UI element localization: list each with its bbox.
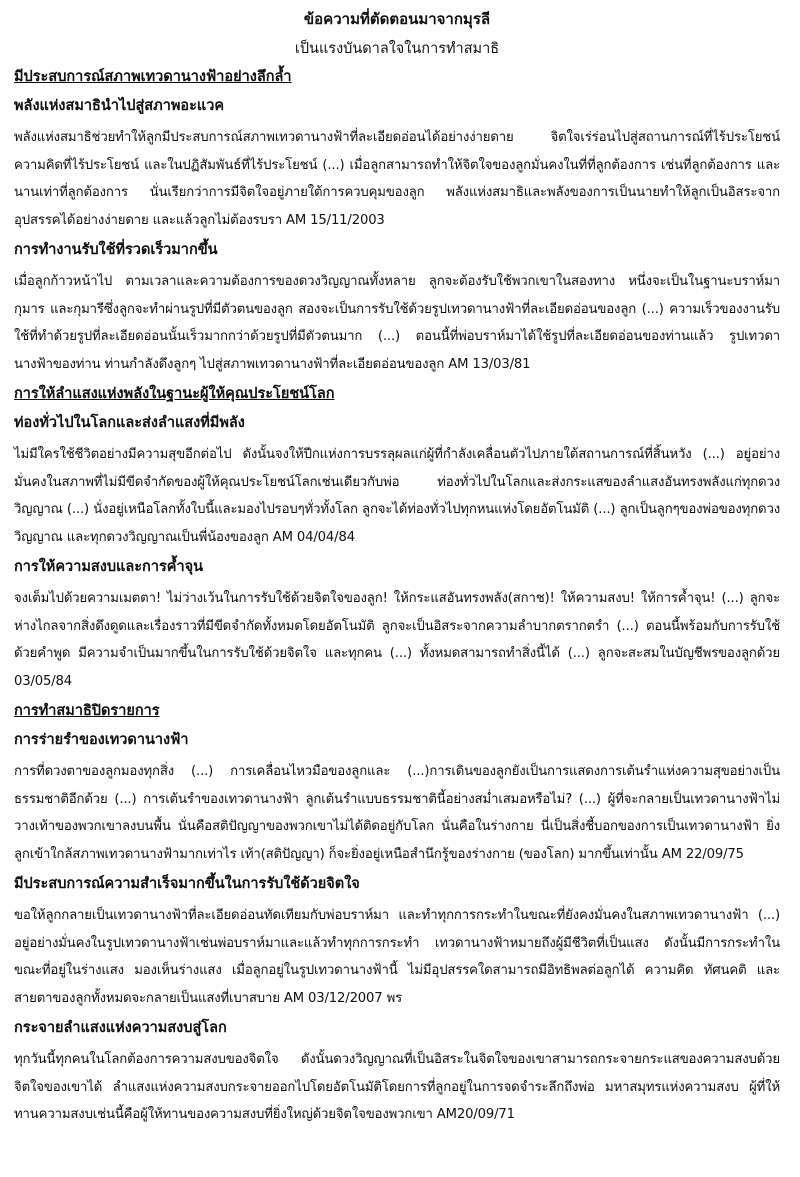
section-heading: การทำสมาธิปิดรายการ xyxy=(14,700,780,722)
document-title: ข้อความที่ตัดตอนมาจากมุรลี xyxy=(14,8,780,30)
subsection-heading: มีประสบการณ์ความสำเร็จมากขึ้นในการรับใช้… xyxy=(14,873,780,895)
subsection-heading: การร่ายรำของเทวดานางฟ้า xyxy=(14,729,780,751)
subsection-heading: ท่องทั่วไปในโลกและส่งลำแสงที่มีพลัง xyxy=(14,412,780,434)
subsection-heading: กระจายลำแสงแห่งความสงบสู่โลก xyxy=(14,1017,780,1039)
section-heading: การให้ลำแสงแห่งพลังในฐานะผู้ให้คุณประโยช… xyxy=(14,383,780,405)
document-page: ข้อความที่ตัดตอนมาจากมุรลี เป็นแรงบันดาล… xyxy=(0,0,800,1129)
section-deep-angelic-experience: มีประสบการณ์สภาพเทวดานางฟ้าอย่างลึกล้ำ พ… xyxy=(14,66,780,378)
paragraph: เมื่อลูกก้าวหน้าไป ตามเวลาและความต้องการ… xyxy=(14,268,780,378)
section-closing-meditation: การทำสมาธิปิดรายการ การร่ายรำของเทวดานาง… xyxy=(14,700,780,1129)
subsection-heading: การทำงานรับใช้ที่รวดเร็วมากขึ้น xyxy=(14,239,780,261)
paragraph: การที่ดวงตาของลูกมองทุกสิ่ง (...) การเคล… xyxy=(14,758,780,868)
document-subtitle: เป็นแรงบันดาลใจในการทำสมาธิ xyxy=(14,38,780,60)
subsection-heading: พลังแห่งสมาธินำไปสู่สภาพอะแวค xyxy=(14,95,780,117)
paragraph: จงเต็มไปด้วยความเมตตา! ไม่ว่างเว้นในการร… xyxy=(14,585,780,695)
section-heading: มีประสบการณ์สภาพเทวดานางฟ้าอย่างลึกล้ำ xyxy=(14,66,780,88)
paragraph: ไม่มีใครใช้ชีวิตอย่างมีความสุขอีกต่อไป ด… xyxy=(14,441,780,551)
subsection-heading: การให้ความสงบและการค้ำจุน xyxy=(14,556,780,578)
paragraph: พลังแห่งสมาธิช่วยทำให้ลูกมีประสบการณ์สภา… xyxy=(14,124,780,234)
paragraph: ขอให้ลูกกลายเป็นเทวดานางฟ้าที่ละเอียดอ่อ… xyxy=(14,902,780,1012)
section-world-benefactor-rays: การให้ลำแสงแห่งพลังในฐานะผู้ให้คุณประโยช… xyxy=(14,383,780,695)
paragraph: ทุกวันนี้ทุกคนในโลกต้องการความสงบของจิตใ… xyxy=(14,1046,780,1129)
